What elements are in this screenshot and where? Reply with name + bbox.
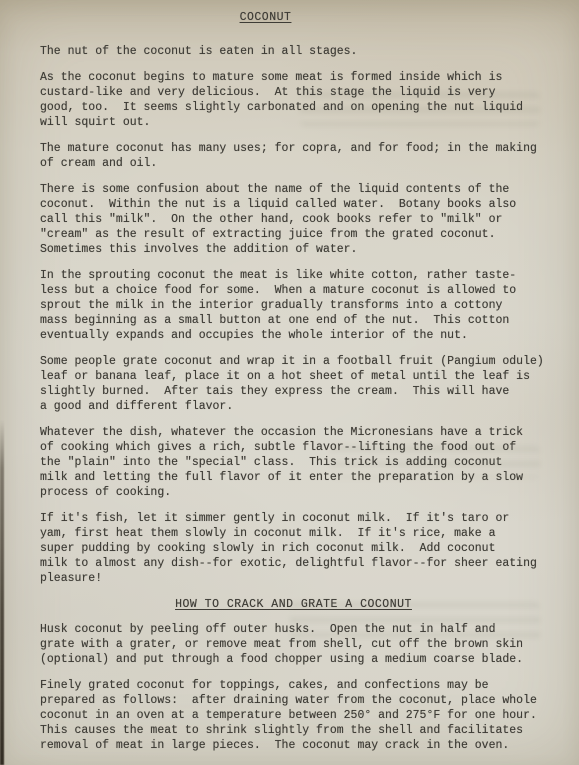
text-line: This causes the meat to shrink slightly … [40, 723, 547, 738]
paragraph: Some people grate coconut and wrap it in… [40, 354, 547, 414]
paragraph: Husk coconut by peeling off outer husks.… [40, 622, 547, 667]
text-line: Some people grate coconut and wrap it in… [40, 354, 547, 369]
text-line: milk to almost any dish--for exotic, del… [40, 556, 547, 571]
text-line: less but a choice food for some. When a … [40, 283, 547, 298]
paragraph: In the sprouting coconut the meat is lik… [40, 268, 547, 343]
text-line: milk and letting the full flavor of it e… [40, 470, 547, 485]
text-line: of cooking which gives a rich, subtle fl… [40, 440, 547, 455]
text-line: coconut. Within the nut is a liquid call… [40, 197, 547, 212]
text-line: will squirt out. [40, 115, 547, 130]
paragraph: The mature coconut has many uses; for co… [40, 141, 547, 171]
document-content: COCONUT The nut of the coconut is eaten … [40, 10, 547, 764]
text-line: (optional) and put through a food choppe… [40, 652, 547, 667]
text-line: coconut in an oven at a temperature betw… [40, 708, 547, 723]
text-line: super pudding by cooking slowly in rich … [40, 541, 547, 556]
text-line: Sometimes this involves the addition of … [40, 242, 547, 257]
paragraph: The nut of the coconut is eaten in all s… [40, 44, 547, 59]
text-line: "cream" as the result of extracting juic… [40, 227, 547, 242]
text-line: process of cooking. [40, 485, 547, 500]
text-line: prepared as follows: after draining wate… [40, 693, 547, 708]
paragraph: There is some confusion about the name o… [40, 182, 547, 257]
text-line: a good and different flavor. [40, 399, 547, 414]
text-line: of cream and oil. [40, 156, 547, 171]
paragraph: Finely grated coconut for toppings, cake… [40, 678, 547, 753]
text-line: sprout the milk in the interior graduall… [40, 298, 547, 313]
text-line: In the sprouting coconut the meat is lik… [40, 268, 547, 283]
text-line: yam, first heat them slowly in coconut m… [40, 526, 547, 541]
text-line: mass beginning as a small button at one … [40, 313, 547, 328]
document-title: COCONUT [12, 10, 519, 25]
paragraph: Whatever the dish, whatever the occasion… [40, 425, 547, 500]
paragraph: If it's fish, let it simmer gently in co… [40, 511, 547, 586]
text-line: good, too. It seems slightly carbonated … [40, 100, 547, 115]
text-line: leaf or banana leaf, place it on a hot s… [40, 369, 547, 384]
scanned-document-page: COCONUT The nut of the coconut is eaten … [0, 0, 579, 765]
text-line: eventually expands and occupies the whol… [40, 328, 547, 343]
text-line: Whatever the dish, whatever the occasion… [40, 425, 547, 440]
text-line: the "plain" into the "special" class. Th… [40, 455, 547, 470]
text-line: As the coconut begins to mature some mea… [40, 70, 547, 85]
text-line: grate with a grater, or remove meat from… [40, 637, 547, 652]
paragraph: As the coconut begins to mature some mea… [40, 70, 547, 130]
text-line: The mature coconut has many uses; for co… [40, 141, 547, 156]
text-line: Finely grated coconut for toppings, cake… [40, 678, 547, 693]
text-line: If it's fish, let it simmer gently in co… [40, 511, 547, 526]
text-line: slightly burned. After tais they express… [40, 384, 547, 399]
text-line: removal of meat in large pieces. The coc… [40, 738, 547, 753]
text-line: There is some confusion about the name o… [40, 182, 547, 197]
text-line: custard-like and very delicious. At this… [40, 85, 547, 100]
text-line: call this "milk". On the other hand, coo… [40, 212, 547, 227]
text-line: The nut of the coconut is eaten in all s… [40, 44, 547, 59]
text-line: pleasure! [40, 571, 547, 586]
page-edge-shadow [0, 420, 4, 765]
text-line: Husk coconut by peeling off outer husks.… [40, 622, 547, 637]
section-heading: HOW TO CRACK AND GRATE A COCONUT [40, 597, 547, 612]
